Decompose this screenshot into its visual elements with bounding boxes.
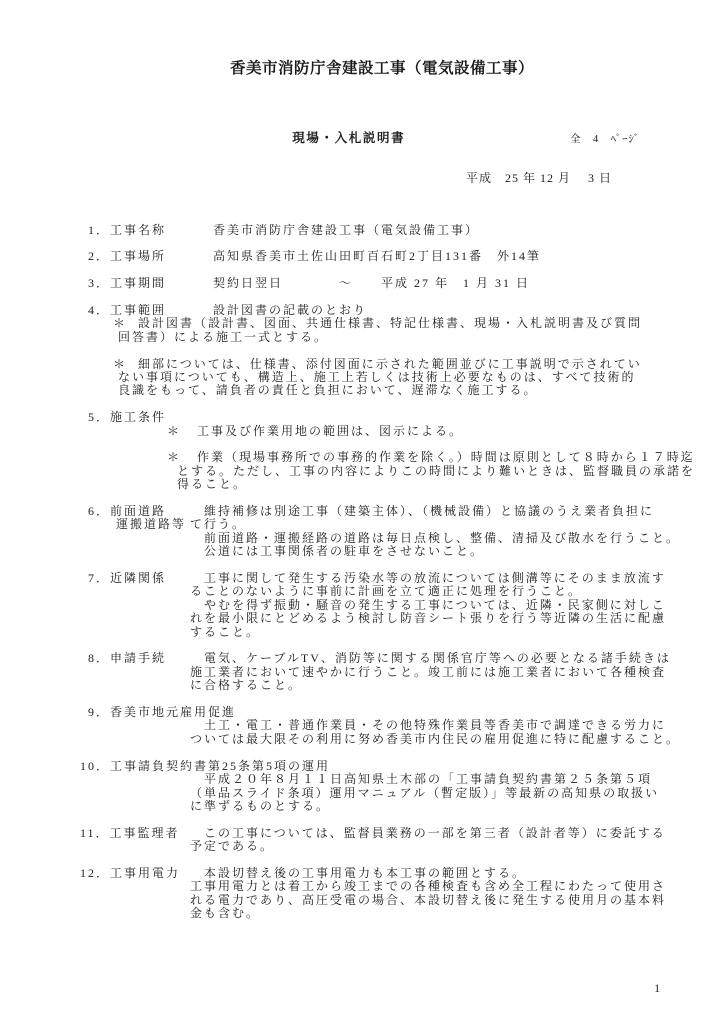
text-line: 香美市消防庁舎建設工事（電気設備工事） — [213, 224, 724, 237]
text-line: 設計図書（設計書、図面、共通仕様書、特記仕様書、現場・入札説明書及び質問 — [118, 317, 724, 330]
document-item: 8．申請手続 電気、ケーブルTV、消防等に関する関係官庁等への必要となる諸手続き… — [88, 652, 724, 692]
asterisk-marker: ＊ — [167, 425, 181, 438]
item-label: 3．工事期間 — [88, 277, 166, 290]
text-line: すること。 — [190, 626, 724, 639]
document-item: 5．施工条件＊工事及び作業用地の範囲は、図示による。＊作業（現場事務所での事務的… — [88, 411, 724, 491]
document-item: 9．香美市地元雇用促進 土工・電工・普通作業員・その他特殊作業員等香美市で調達で… — [88, 706, 724, 746]
text-line: 高知県香美市土佐山田町百石町2丁目131番 外14筆 — [213, 250, 724, 263]
subtitle-row: 現 場 ・ 入 札 説 明 書 全 4 ﾍﾟｰｼﾞ — [0, 132, 724, 145]
item-label-line: 1．工事名称 — [88, 224, 166, 237]
text-line: 作業（現場事務所での事務的作業を除く。）時間は原則として８時から１７時迄 — [177, 451, 724, 464]
text-line: に合格すること。 — [190, 679, 724, 692]
item-label: 5．施工条件 — [88, 411, 724, 424]
text-line: 金も含む。 — [190, 907, 724, 920]
text-block: この工事については、監督員業務の一部を第三者（設計者等）に委託する予定である。 — [190, 827, 724, 854]
text-line: れる電力であり、高圧受電の場合、本設切替え後に発生する使用月の基本料 — [190, 894, 724, 907]
asterisk-marker: ＊ — [113, 358, 127, 371]
date-row: 平成 25 年 12 月 3 日 — [0, 158, 724, 198]
item-label: 7．近隣関係 — [88, 572, 166, 585]
document-date: 平成 25 年 12 月 3 日 — [466, 171, 612, 185]
text-line: 公道には工事関係者の駐車をさせないこと。 — [190, 545, 724, 558]
text-line: 良識をもって、請負者の責任と負担において、遅滞なく施工する。 — [118, 384, 724, 397]
item-label-line: 11．工事監理者 — [80, 827, 180, 840]
text-block: 香美市消防庁舎建設工事（電気設備工事） — [213, 224, 724, 237]
item-label: 8．申請手続 — [88, 652, 166, 665]
item-label-line: 12．工事用電力 — [80, 867, 180, 880]
item-label-line: 3．工事期間 — [88, 277, 166, 290]
text-line: ついては最大限その利用に努め香美市内住民の雇用促進に特に配慮すること。 — [190, 733, 724, 746]
bullet-block: ＊工事及び作業用地の範囲は、図示による。 — [177, 425, 724, 438]
text-block: 高知県香美市土佐山田町百石町2丁目131番 外14筆 — [213, 250, 724, 263]
document-item: 12．工事用電力 本設切替え後の工事用電力も本工事の範囲とする。工事用電力とは着… — [88, 867, 724, 921]
text-line: とする。ただし、工事の内容によりこの時間により難いときは、監督職員の承諾を — [177, 465, 724, 478]
item-label: 2．工事場所 — [88, 250, 166, 263]
item-label: 1．工事名称 — [88, 224, 166, 237]
bullet-lines: 工事及び作業用地の範囲は、図示による。 — [177, 425, 724, 438]
item-label: 12．工事用電力 — [80, 867, 180, 880]
document-item: 4．工事範囲設計図書の記載のとおり＊設計図書（設計書、図面、共通仕様書、特記仕様… — [88, 304, 724, 398]
item-label-line: 5．施工条件 — [88, 411, 724, 424]
page-number: 1 — [654, 983, 660, 996]
item-label-line: 7．近隣関係 — [88, 572, 166, 585]
bullet-lines: 作業（現場事務所での事務的作業を除く。）時間は原則として８時から１７時迄とする。… — [177, 451, 724, 491]
document-page: 香美市消防庁舎建設工事（電気設備工事） 現 場 ・ 入 札 説 明 書 全 4 … — [0, 0, 724, 1024]
text-line: 回答書）による施工一式とする。 — [118, 331, 724, 344]
document-item: 11．工事監理者 この工事については、監督員業務の一部を第三者（設計者等）に委託… — [88, 827, 724, 854]
document-title: 香美市消防庁舎建設工事（電気設備工事） — [20, 60, 724, 77]
bullet-block: ＊設計図書（設計書、図面、共通仕様書、特記仕様書、現場・入札説明書及び質問回答書… — [118, 317, 724, 344]
bullet-lines: 細部については、仕様書、添付図面に示された範囲並びに工事説明で示されていない事項… — [118, 358, 724, 398]
text-line: ることのないように事前に計画を立て適正に処理を行うこと。 — [190, 585, 724, 598]
bullet-block: ＊細部については、仕様書、添付図面に示された範囲並びに工事説明で示されていない事… — [118, 358, 724, 398]
bullet-lines: 設計図書（設計書、図面、共通仕様書、特記仕様書、現場・入札説明書及び質問回答書）… — [118, 317, 724, 344]
document-item: 6．前面道路 運搬道路等 維持補修は別途工事（建築主体）、（機械設備）と協議のう… — [88, 505, 724, 559]
item-label: 11．工事監理者 — [80, 827, 180, 840]
text-block: 契約日翌日 ～ 平成 27 年 1 月 31 日 — [213, 277, 724, 290]
text-line: 工事用電力とは着工から竣工までの各種検査も含め全工程にわたって使用さ — [190, 880, 724, 893]
item-label-line: 2．工事場所 — [88, 250, 166, 263]
document-item: 10．工事請負契約書第25条第5項の運用 平成２０年８月１１日高知県土木部の「工… — [88, 760, 724, 814]
text-line: 維持補修は別途工事（建築主体）、（機械設備）と協議のうえ業者負担に — [190, 505, 724, 518]
text-block: 電気、ケーブルTV、消防等に関する関係官庁等への必要となる諸手続きは施工業者にお… — [190, 652, 724, 692]
asterisk-marker: ＊ — [113, 317, 127, 330]
document-item: 7．近隣関係 工事に関して発生する汚染水等の放流については側溝等にそのまま放流す… — [88, 572, 724, 639]
text-block: 平成２０年８月１１日高知県土木部の「工事請負契約書第２５条第５項（単品スライド条… — [190, 773, 724, 813]
text-line: 工事及び作業用地の範囲は、図示による。 — [177, 425, 724, 438]
text-block: 土工・電工・普通作業員・その他特殊作業員等香美市で調達できる労力については最大限… — [190, 719, 724, 746]
page-count-label: 全 4 ﾍﾟｰｼﾞ — [570, 133, 640, 146]
document-item: 3．工事期間契約日翌日 ～ 平成 27 年 1 月 31 日 — [88, 277, 724, 290]
document-item: 1．工事名称香美市消防庁舎建設工事（電気設備工事） — [88, 224, 724, 237]
text-line: 契約日翌日 ～ 平成 27 年 1 月 31 日 — [213, 277, 724, 290]
text-line: 平成２０年８月１１日高知県土木部の「工事請負契約書第２５条第５項 — [190, 773, 724, 786]
text-line: て行う。 — [190, 518, 724, 531]
document-item: 2．工事場所高知県香美市土佐山田町百石町2丁目131番 外14筆 — [88, 250, 724, 263]
text-block: 本設切替え後の工事用電力も本工事の範囲とする。工事用電力とは着工から竣工までの各… — [190, 867, 724, 921]
item-label-line: 8．申請手続 — [88, 652, 166, 665]
text-line: れを最小限にとどめるよう検討し防音シート張りを行う等近隣の生活に配慮 — [190, 612, 724, 625]
text-line: 土工・電工・普通作業員・その他特殊作業員等香美市で調達できる労力に — [190, 719, 724, 732]
items-list: 1．工事名称香美市消防庁舎建設工事（電気設備工事）2．工事場所高知県香美市土佐山… — [0, 224, 724, 921]
item-label-line: 運搬道路等 — [88, 518, 186, 531]
text-line: （単品スライド条項）運用マニュアル（暫定版）」等最新の高知県の取扱い — [190, 787, 724, 800]
item-label: 6．前面道路 運搬道路等 — [88, 505, 186, 532]
text-block: 維持補修は別途工事（建築主体）、（機械設備）と協議のうえ業者負担にて行う。 前面… — [190, 505, 724, 559]
text-line: 予定である。 — [190, 840, 724, 853]
text-line: 細部については、仕様書、添付図面に示された範囲並びに工事説明で示されてい — [118, 358, 724, 371]
text-line: この工事については、監督員業務の一部を第三者（設計者等）に委託する — [190, 827, 724, 840]
text-line: 得ること。 — [177, 478, 724, 491]
text-line: に準ずるものとする。 — [190, 800, 724, 813]
asterisk-marker: ＊ — [167, 451, 181, 464]
text-line: 電気、ケーブルTV、消防等に関する関係官庁等への必要となる諸手続きは — [190, 652, 724, 665]
bullet-block: ＊作業（現場事務所での事務的作業を除く。）時間は原則として８時から１７時迄とする… — [177, 451, 724, 491]
text-block: 工事に関して発生する汚染水等の放流については側溝等にそのまま放流することのないよ… — [190, 572, 724, 639]
